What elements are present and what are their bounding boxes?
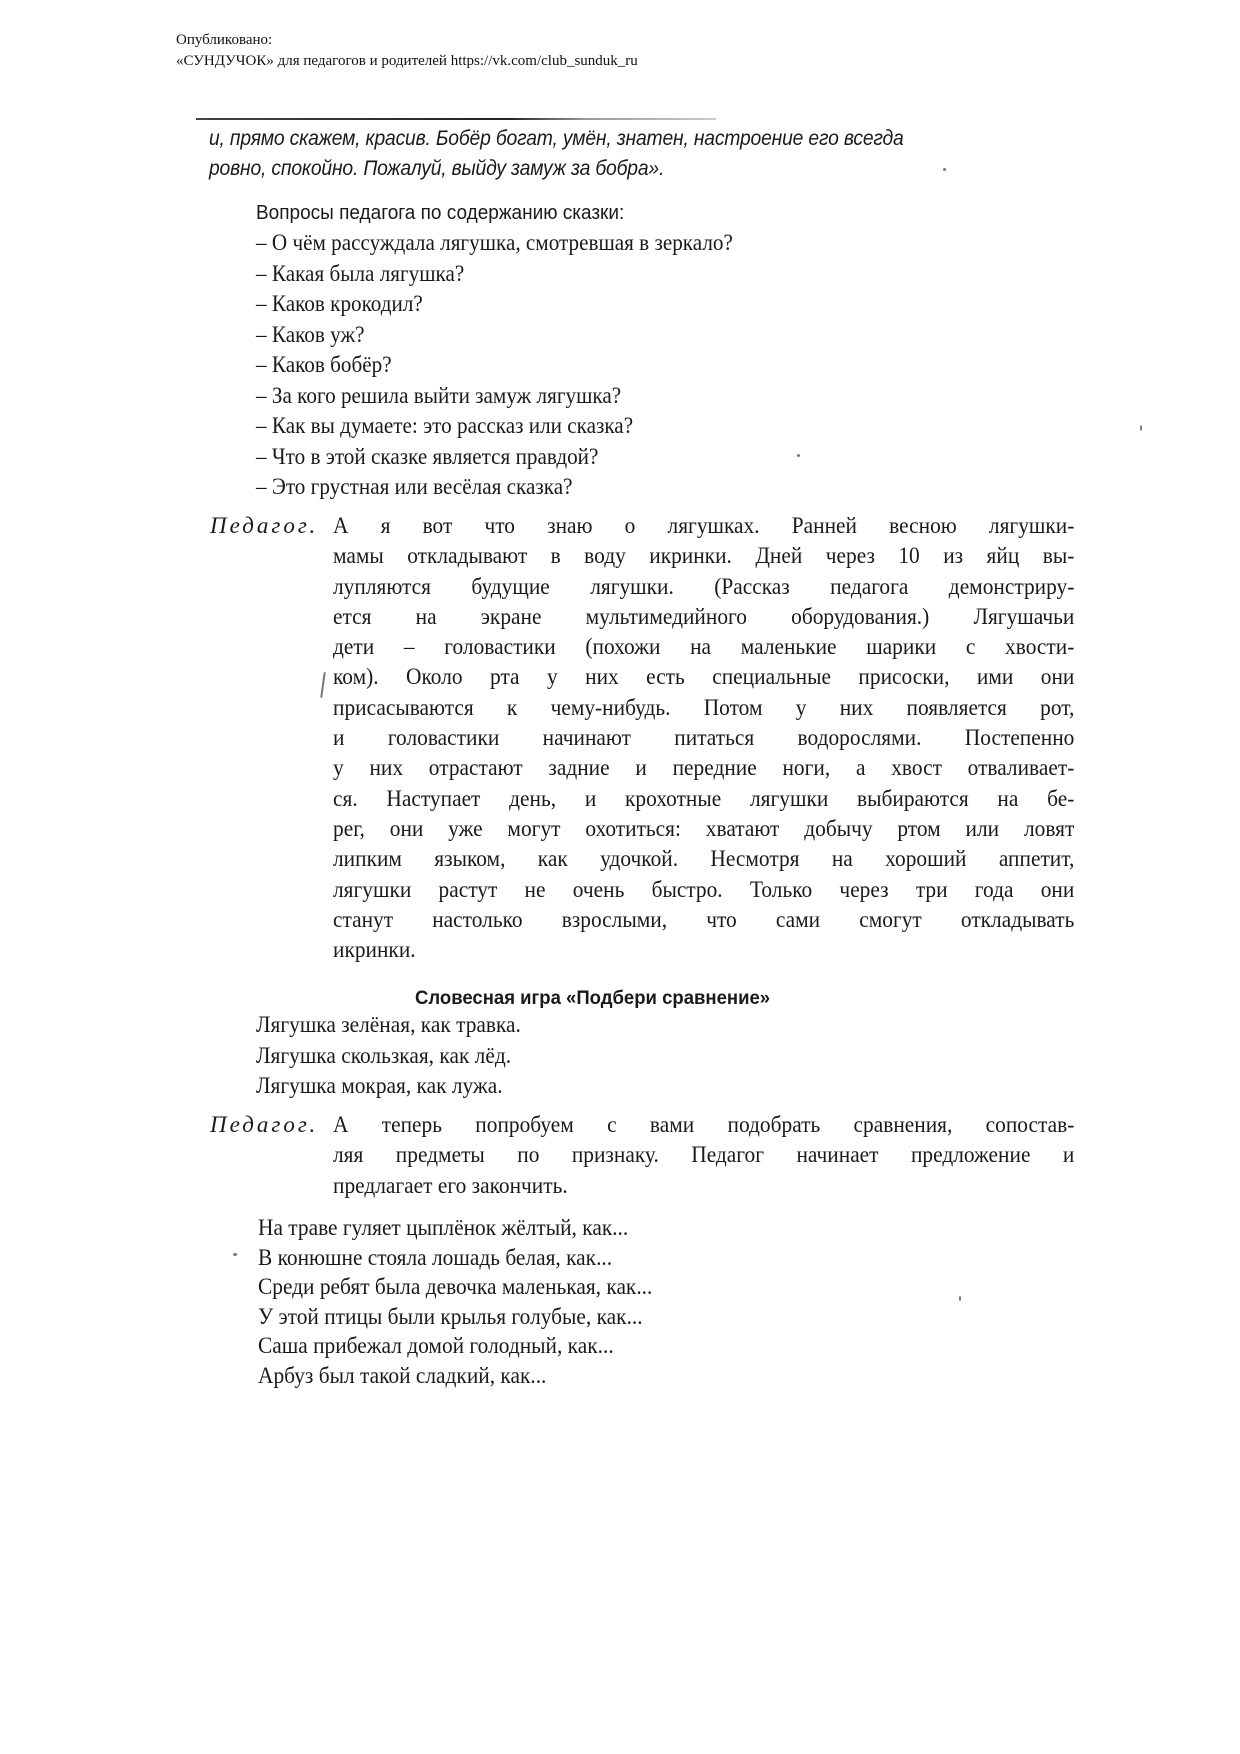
scan-speck bbox=[797, 454, 800, 457]
instruction-line: А теперь попробуем с вами подобрать срав… bbox=[333, 1110, 1074, 1140]
story-line: и головастики начинают питаться водоросл… bbox=[333, 723, 1074, 753]
teacher-questions: Вопросы педагога по содержанию сказки: –… bbox=[256, 198, 956, 503]
question-item: – Каков бобёр? bbox=[256, 350, 900, 381]
question-item: – Каков уж? bbox=[256, 320, 900, 351]
word-game-title: Словесная игра «Подбери сравнение» bbox=[415, 985, 770, 1011]
story-line: А я вот что знаю о лягушках. Ранней весн… bbox=[333, 511, 1074, 541]
teacher-instruction-text: А теперь попробуем с вами подобрать срав… bbox=[333, 1110, 1078, 1201]
story-line: лупляются будущие лягушки. (Рассказ педа… bbox=[333, 572, 1074, 602]
story-line: у них отрастают задние и передние ноги, … bbox=[333, 753, 1074, 783]
question-item: – Каков крокодил? bbox=[256, 289, 900, 320]
story-line: мамы откладывают в воду икринки. Дней че… bbox=[333, 541, 1074, 571]
prompt-item: В конюшне стояла лошадь белая, как... bbox=[258, 1243, 652, 1273]
scan-speck bbox=[320, 672, 326, 698]
speaker-label: Педагог. bbox=[210, 511, 318, 541]
story-ending-quote: и, прямо скажем, красив. Бобёр богат, ум… bbox=[209, 124, 1019, 184]
comparison-prompts: На траве гуляет цыплёнок жёлтый, как... … bbox=[258, 1213, 682, 1390]
scan-speck bbox=[1140, 425, 1142, 431]
source-credit: «СУНДУЧОК» для педагогов и родителей htt… bbox=[176, 51, 638, 72]
instruction-line: ляя предметы по признаку. Педагог начина… bbox=[333, 1140, 1074, 1170]
question-item: – Какая была лягушка? bbox=[256, 259, 900, 290]
story-line: ком). Около рта у них есть специальные п… bbox=[333, 662, 1074, 692]
example-item: Лягушка скользкая, как лёд. bbox=[256, 1041, 521, 1072]
story-line: ется на экране мультимедийного оборудова… bbox=[333, 602, 1074, 632]
story-line: рег, они уже могут охотиться: хватают до… bbox=[333, 814, 1074, 844]
story-line: ся. Наступает день, и крохотные лягушки … bbox=[333, 784, 1074, 814]
instruction-line: предлагает его закончить. bbox=[333, 1171, 1074, 1201]
story-line: липким языком, как удочкой. Несмотря на … bbox=[333, 844, 1074, 874]
top-divider-rule bbox=[196, 118, 716, 120]
story-line: икринки. bbox=[333, 935, 1074, 965]
teacher-story-text: А я вот что знаю о лягушках. Ранней весн… bbox=[333, 511, 1078, 965]
prompt-item: На траве гуляет цыплёнок жёлтый, как... bbox=[258, 1213, 652, 1243]
word-game-examples: Лягушка зелёная, как травка. Лягушка ско… bbox=[256, 1010, 541, 1102]
story-line: дети – головастики (похожи на маленькие … bbox=[333, 632, 1074, 662]
story-ending-line: ровно, спокойно. Пожалуй, выйду замуж за… bbox=[209, 154, 1019, 184]
prompt-item: У этой птицы были крылья голубые, как... bbox=[258, 1302, 652, 1332]
questions-title: Вопросы педагога по содержанию сказки: bbox=[256, 198, 921, 228]
scan-speck bbox=[943, 168, 946, 171]
scan-speck bbox=[959, 1296, 961, 1301]
publication-header: Опубликовано: «СУНДУЧОК» для педагогов и… bbox=[176, 30, 638, 72]
scan-speck bbox=[233, 1253, 237, 1256]
example-item: Лягушка мокрая, как лужа. bbox=[256, 1071, 521, 1102]
story-line: лягушки растут не очень быстро. Только ч… bbox=[333, 875, 1074, 905]
question-item: – Это грустная или весёлая сказка? bbox=[256, 472, 900, 503]
story-line: присасываются к чему-нибудь. Потом у них… bbox=[333, 693, 1074, 723]
published-label: Опубликовано: bbox=[176, 30, 638, 51]
prompt-item: Среди ребят была девочка маленькая, как.… bbox=[258, 1272, 652, 1302]
question-item: – Что в этой сказке является правдой? bbox=[256, 442, 900, 473]
speaker-label: Педагог. bbox=[210, 1110, 318, 1140]
story-line: станут настолько взрослыми, что сами смо… bbox=[333, 905, 1074, 935]
question-item: – О чём рассуждала лягушка, смотревшая в… bbox=[256, 228, 900, 259]
question-item: – Как вы думаете: это рассказ или сказка… bbox=[256, 411, 900, 442]
story-ending-line: и, прямо скажем, красив. Бобёр богат, ум… bbox=[209, 124, 1019, 154]
prompt-item: Арбуз был такой сладкий, как... bbox=[258, 1361, 652, 1391]
question-item: – За кого решила выйти замуж лягушка? bbox=[256, 381, 900, 412]
prompt-item: Саша прибежал домой голодный, как... bbox=[258, 1331, 652, 1361]
example-item: Лягушка зелёная, как травка. bbox=[256, 1010, 521, 1041]
